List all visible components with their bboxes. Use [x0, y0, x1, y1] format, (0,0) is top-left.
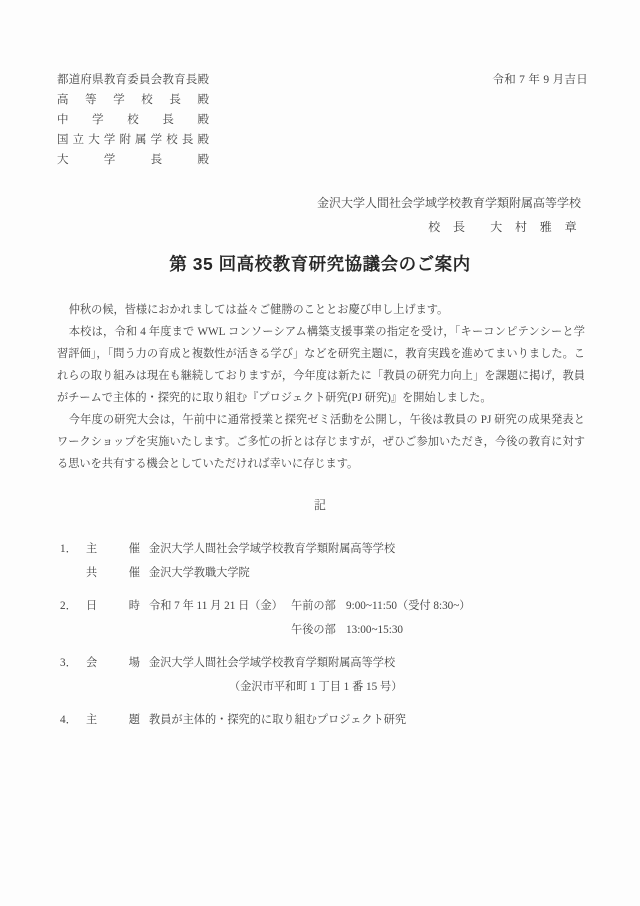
item-number: 1．: [60, 537, 86, 561]
recipient-line: 中学校長殿: [57, 110, 209, 130]
sender-organization: 金沢大学人間社会学域学校教育学類附属高等学校: [317, 191, 581, 215]
theme-value: 教員が主体的・探究的に取り組むプロジェクト研究: [149, 708, 600, 732]
paragraph-invitation: 今年度の研究大会は，午前中に通常授業と探究ゼミ活動を公開し，午後は教員の PJ …: [57, 409, 585, 475]
item-number: 3．: [60, 651, 86, 675]
datetime-label: 日時: [86, 594, 140, 618]
cohost-row: 共催 金沢大学教職大学院: [60, 561, 600, 585]
sender-principal-name: 校 長 大 村 雅 章: [317, 215, 577, 239]
datetime-value: 令和 7 年 11 月 21 日（金） 午前の部9:00~11:50（受付 8:…: [149, 594, 600, 642]
theme-row: 4． 主題 教員が主体的・探究的に取り組むプロジェクト研究: [60, 708, 600, 732]
recipient-list: 都道府県教育委員会教育長殿 高等学校長殿 中学校長殿 国立大学附属学校長殿 大学…: [57, 70, 209, 170]
morning-session-label: 午前の部: [291, 594, 338, 618]
afternoon-session: 午後の部13:00~15:30: [291, 618, 471, 642]
recipient-line: 都道府県教育委員会教育長殿: [57, 70, 209, 90]
recipient-line: 大学長殿: [57, 150, 209, 170]
host-row: 1． 主催 金沢大学人間社会学域学校教育学類附属高等学校: [60, 537, 600, 561]
document-page: 都道府県教育委員会教育長殿 高等学校長殿 中学校長殿 国立大学附属学校長殿 大学…: [0, 0, 640, 906]
item-host: 1． 主催 金沢大学人間社会学域学校教育学類附属高等学校 共催 金沢大学教職大学…: [60, 537, 600, 585]
theme-label: 主題: [86, 708, 140, 732]
document-date: 令和 7 年 9 月吉日: [492, 71, 588, 87]
item-number: 2．: [60, 594, 86, 618]
session-list: 午前の部9:00~11:50（受付 8:30~） 午後の部13:00~15:30: [291, 594, 471, 642]
cohost-value: 金沢大学教職大学院: [149, 561, 600, 585]
recipient-line: 高等学校長殿: [57, 90, 209, 110]
afternoon-session-label: 午後の部: [291, 618, 338, 642]
datetime-layout: 令和 7 年 11 月 21 日（金） 午前の部9:00~11:50（受付 8:…: [149, 594, 600, 642]
paragraph-greeting: 仲秋の候，皆様におかれましては益々ご健勝のこととお慶び申し上げます。: [57, 299, 585, 321]
venue-row: 3． 会場 金沢大学人間社会学域学校教育学類附属高等学校 （金沢市平和町 1 丁…: [60, 651, 600, 699]
host-label: 主催: [86, 537, 140, 561]
datetime-row: 2． 日時 令和 7 年 11 月 21 日（金） 午前の部9:00~11:50…: [60, 594, 600, 642]
afternoon-session-time: 13:00~15:30: [346, 624, 403, 636]
host-value: 金沢大学人間社会学域学校教育学類附属高等学校: [149, 537, 600, 561]
item-datetime: 2． 日時 令和 7 年 11 月 21 日（金） 午前の部9:00~11:50…: [60, 594, 600, 642]
sender-block: 金沢大学人間社会学域学校教育学類附属高等学校 校 長 大 村 雅 章: [317, 191, 581, 239]
venue-label: 会場: [86, 651, 140, 675]
recipient-line: 国立大学附属学校長殿: [57, 130, 209, 150]
paragraph-background: 本校は，令和 4 年度まで WWL コンソーシアム構築支援事業の指定を受け，「キ…: [57, 321, 585, 409]
item-number: 4．: [60, 708, 86, 732]
body-paragraphs: 仲秋の候，皆様におかれましては益々ご健勝のこととお慶び申し上げます。 本校は，令…: [57, 299, 585, 475]
detail-items: 1． 主催 金沢大学人間社会学域学校教育学類附属高等学校 共催 金沢大学教職大学…: [60, 537, 600, 741]
document-title: 第 35 回高校教育研究協議会のご案内: [0, 251, 640, 276]
venue-content: 金沢大学人間社会学域学校教育学類附属高等学校 （金沢市平和町 1 丁目 1 番 …: [149, 651, 600, 699]
venue-name: 金沢大学人間社会学域学校教育学類附属高等学校: [149, 651, 600, 675]
event-date: 令和 7 年 11 月 21 日（金）: [149, 594, 291, 618]
item-theme: 4． 主題 教員が主体的・探究的に取り組むプロジェクト研究: [60, 708, 600, 732]
notice-marker: 記: [0, 496, 640, 513]
cohost-label: 共催: [86, 561, 140, 585]
morning-session: 午前の部9:00~11:50（受付 8:30~）: [291, 594, 471, 618]
item-venue: 3． 会場 金沢大学人間社会学域学校教育学類附属高等学校 （金沢市平和町 1 丁…: [60, 651, 600, 699]
venue-address: （金沢市平和町 1 丁目 1 番 15 号）: [149, 675, 600, 699]
morning-session-time: 9:00~11:50（受付 8:30~）: [346, 600, 471, 612]
